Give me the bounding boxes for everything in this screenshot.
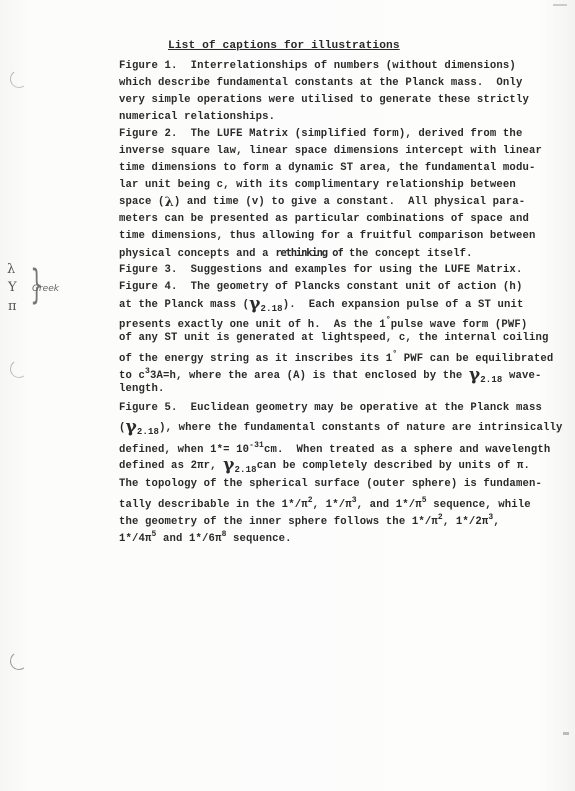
- text-line: time dimensions to form a dynamic ST are…: [119, 162, 535, 174]
- text-fragment: defined as 2πr,: [119, 460, 223, 472]
- text-line: (γ2.18), where the fundamental constants…: [119, 421, 563, 438]
- punch-hole-mark: [9, 651, 30, 672]
- margin-handwriting-lambda: λ: [7, 262, 15, 277]
- text-fragment: and 1*/6π: [157, 533, 222, 545]
- text-line: space (λ) and time (v) to give a constan…: [119, 196, 525, 209]
- text-line: defined as 2πr, γ2.18can be completely d…: [119, 459, 530, 476]
- text-line: Figure 4. The geometry of Plancks consta…: [119, 281, 522, 293]
- text-fragment: , 1*/2π: [443, 516, 489, 528]
- text-fragment: 3A=h, where the area (A) is that enclose…: [150, 370, 469, 382]
- text-fragment: , and 1*/π: [357, 499, 422, 511]
- text-fragment: 1*/4π: [119, 533, 152, 545]
- text-line: inverse square law, linear space dimensi…: [119, 145, 542, 157]
- text-line: of the energy string as it inscribes its…: [119, 349, 553, 365]
- text-fragment: the geometry of the inner sphere follows…: [119, 516, 438, 528]
- text-line: 1*/4π5 and 1*/6π8 sequence.: [119, 529, 292, 545]
- gamma-symbol: γ: [126, 417, 137, 437]
- text-line: tally describable in the 1*/π2, 1*/π3, a…: [119, 495, 531, 511]
- scan-artifact: [563, 732, 569, 735]
- text-line: physical concepts and a rethinking of th…: [119, 247, 473, 260]
- gamma-symbol: γ: [249, 294, 260, 314]
- text-line: The topology of the spherical surface (o…: [119, 478, 542, 490]
- scanned-page: λ Υ π } Greek List of captions for illus…: [0, 0, 575, 791]
- margin-handwriting-gamma: Υ: [8, 280, 17, 295]
- text-fragment: ) and time (v) to give a constant. All p…: [174, 196, 525, 208]
- text-fragment: wave-: [502, 370, 541, 382]
- text-fragment: sequence.: [227, 533, 292, 545]
- subscript: 2.18: [137, 427, 159, 437]
- punch-hole-mark: [9, 359, 30, 380]
- text-fragment: at the Planck mass (: [119, 299, 249, 311]
- text-fragment: to c: [119, 370, 145, 382]
- text-fragment: space (: [119, 196, 165, 208]
- superscript: -31: [249, 441, 264, 450]
- text-fragment: tally describable in the 1*/π: [119, 499, 308, 511]
- text-line: Figure 2. The LUFE Matrix (simplified fo…: [119, 128, 522, 140]
- text-line: meters can be presented as particular co…: [119, 213, 529, 225]
- text-line: Figure 5. Euclidean geometry may be oper…: [119, 402, 542, 414]
- text-line: at the Planck mass (γ2.18). Each expansi…: [119, 298, 524, 315]
- text-fragment: PWF can be equilibrated: [397, 353, 553, 365]
- text-line: length.: [119, 383, 165, 395]
- text-line: presents exactly one unit of h. As the 1…: [119, 315, 527, 331]
- subscript: 2.18: [480, 375, 502, 385]
- text-fragment: ). Each expansion pulse of a ST unit: [283, 299, 524, 311]
- lambda-symbol: λ: [165, 195, 174, 210]
- document-title: List of captions for illustrations: [168, 40, 400, 52]
- text-fragment: ), where the fundamental constants of na…: [159, 422, 562, 434]
- text-fragment: can be completely described by units of …: [257, 460, 530, 472]
- text-line: lar unit being c, with its complimentary…: [119, 179, 516, 191]
- text-fragment: , 1*/π: [313, 499, 352, 511]
- subscript: 2.18: [235, 465, 257, 475]
- text-fragment: pulse wave form (PWF): [391, 319, 528, 331]
- subscript: 2.18: [261, 304, 283, 314]
- text-fragment: sequence, while: [427, 499, 531, 511]
- text-fragment: presents exactly one unit of h. As the 1: [119, 319, 386, 331]
- punch-hole-mark: [9, 69, 30, 90]
- margin-handwriting-pi: π: [8, 299, 17, 314]
- text-line: numerical relationships.: [119, 111, 275, 123]
- text-line: Figure 3. Suggestions and examples for u…: [119, 264, 522, 276]
- margin-handwriting-label: Greek: [32, 284, 59, 294]
- text-line: of any ST unit is generated at lightspee…: [119, 332, 548, 344]
- overtyped-word: rethinking of: [275, 247, 342, 259]
- text-fragment: cm. When treated as a sphere and wavelen…: [264, 444, 550, 456]
- text-fragment: of the energy string as it inscribes its…: [119, 353, 392, 365]
- gamma-symbol: γ: [223, 455, 234, 475]
- text-line: defined, when 1*= 10-31cm. When treated …: [119, 440, 550, 456]
- text-line: time dimensions, thus allowing for a fru…: [119, 230, 535, 242]
- text-line: which describe fundamental constants at …: [119, 77, 522, 89]
- scan-artifact: [553, 4, 567, 6]
- text-line: Figure 1. Interrelationships of numbers …: [119, 60, 516, 72]
- text-line: very simple operations were utilised to …: [119, 94, 529, 106]
- text-line: to c33A=h, where the area (A) is that en…: [119, 366, 541, 386]
- text-line: the geometry of the inner sphere follows…: [119, 512, 500, 528]
- text-fragment: ,: [493, 516, 500, 528]
- text-fragment: the concept itself.: [343, 248, 473, 260]
- gamma-symbol: γ: [469, 365, 480, 385]
- text-fragment: physical concepts and a: [119, 248, 275, 260]
